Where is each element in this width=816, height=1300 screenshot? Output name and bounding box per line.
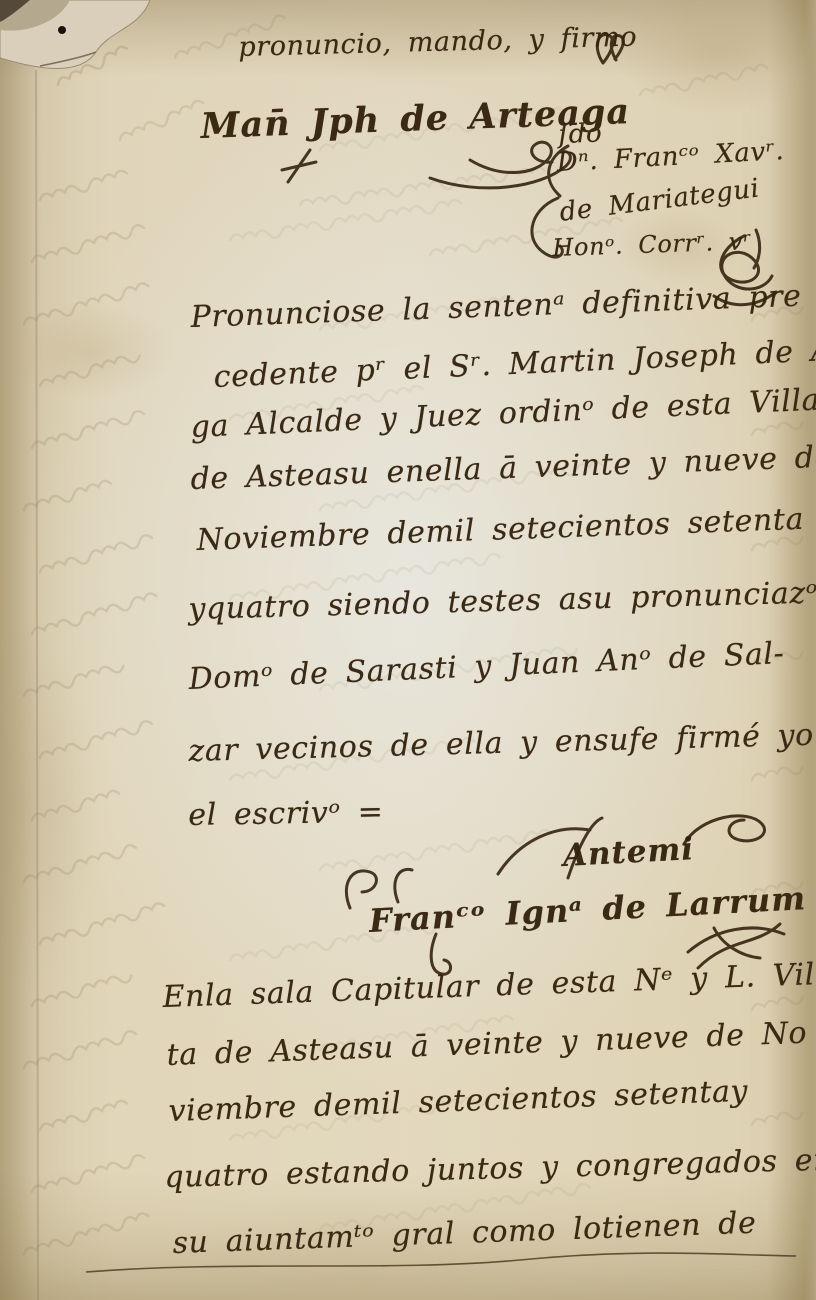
manuscript-line: Enla sala Capitular de esta Nᵉ y L. Vil <box>162 957 815 1015</box>
heading-line: pronuncio, mando, y firmo <box>238 22 637 63</box>
ante-mi-loop-flourish <box>684 816 765 844</box>
official-title-line: Honᵒ. Corrʳ. vʳ <box>552 227 752 262</box>
manuscript-line: cedente pʳ el Sʳ. Martin Joseph de Artea <box>213 330 816 395</box>
manuscript-line: Noviembre demil setecientos setenta <box>196 502 805 558</box>
signature-secondary-descender <box>431 934 450 974</box>
signature-primary-cross-mark <box>282 150 316 182</box>
manuscript-line: de Asteasu enella ā veinte y nueve de <box>190 440 816 497</box>
page-right-edge <box>804 0 816 1300</box>
ante-mi-note: Antemi <box>562 831 695 874</box>
manuscript-line: zar vecinos de ella y ensufe firmé yo <box>188 718 814 769</box>
official-name-line2: de Mariategui <box>558 174 761 228</box>
manuscript-line: su aiuntamᵗᵒ gral como lotienen de <box>172 1206 757 1261</box>
manuscript-line: Domᵒ de Sarasti y Juan Anᵒ de Sal- <box>188 636 785 697</box>
signature-primary-rubric <box>430 142 570 188</box>
manuscript-line: viembre demil setecientos setentay <box>168 1074 749 1129</box>
manuscript-page: pronuncio, mando, y firmo Man̄ Jph de Ar… <box>0 0 816 1300</box>
manuscript-line: el escrivᵒ = <box>188 795 384 833</box>
manuscript-line: ta de Asteasu ā veinte y nueve de No <box>166 1016 808 1073</box>
signature-secondary: Franᶜᵒ Ignᵃ de Larrum <box>368 879 807 940</box>
manuscript-line: Pronunciose la sentenᵃ definitiva pre <box>190 279 802 335</box>
page-corner-curl <box>0 0 150 1300</box>
manuscript-line: yquatro siendo testes asu pronunciazᵒⁿ <box>188 575 816 627</box>
manuscript-line: quatro estando juntos y congregados en <box>164 1142 816 1194</box>
